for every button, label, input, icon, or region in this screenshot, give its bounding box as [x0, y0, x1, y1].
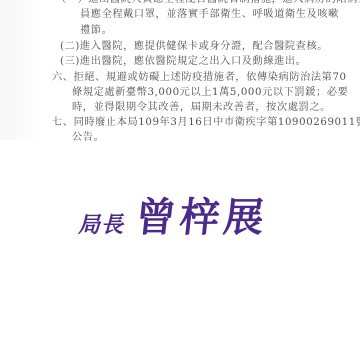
section-6-repeat: 時，並得限期令其改善，屆期未改善者，按次處罰之。 — [72, 101, 331, 114]
section-7-repeal: 七、同時廢止本局109年3月16日中市衛疾字第10900269011號 — [52, 116, 360, 129]
section-6-penalty: 六、拒絕、規避或妨礙上述防疫措施者，依傳染病防治法第70 — [52, 71, 347, 84]
section-7-notice: 公告。 — [72, 131, 104, 144]
signature-stamp: 局長 曾梓展 — [78, 186, 268, 243]
document-page: （一）進出醫院人員應全程配合醫院管制措施，進入病房的陪病人 員應全程戴口罩，並落… — [0, 0, 360, 360]
section-6-fine: 條規定處新臺幣3,000元以上1萬5,000元以下罰鍰；必要 — [72, 86, 348, 99]
line-cutoff-item: （一）進出醫院人員應全程配合醫院管制措施，進入病房的陪病人 — [56, 0, 360, 6]
line-mask-hygiene: 員應全程戴口罩，並落實手部衛生、呼吸道衛生及咳嗽 — [80, 8, 339, 21]
scan-shadow — [0, 0, 40, 140]
item-2-id-check: (二)進入醫院，應提供健保卡或身分證，配合醫院查核。 — [60, 40, 328, 53]
signature-name: 曾梓展 — [133, 186, 271, 243]
line-etiquette: 禮節。 — [80, 24, 112, 37]
signature-title: 局長 — [78, 208, 124, 239]
item-3-entrance: (三)進出醫院，應依醫院規定之出入口及動線進出。 — [60, 55, 306, 68]
